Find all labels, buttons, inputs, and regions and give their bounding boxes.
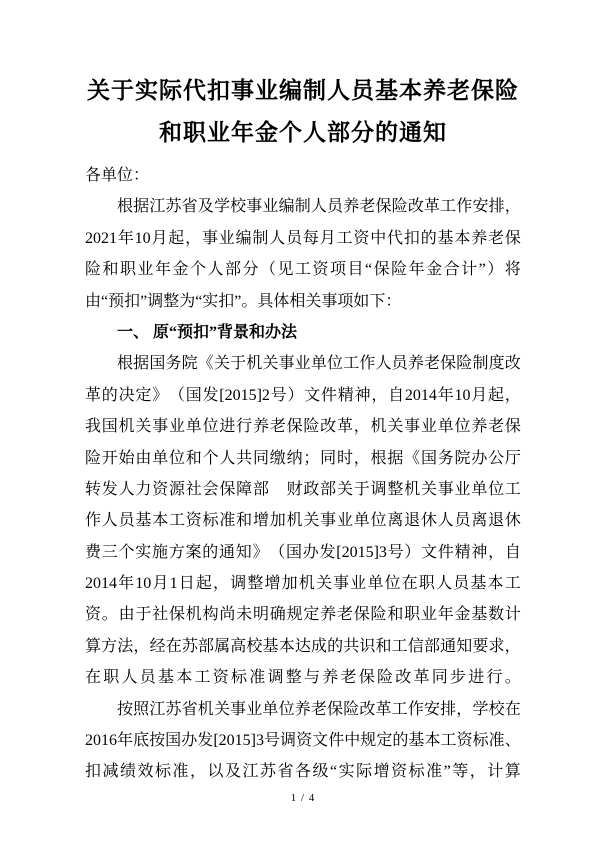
body-line: 按照江苏省机关事业单位养老保险改革工作安排，学校在 — [85, 694, 521, 725]
section-heading-1: 一、 原“预扣”背景和办法 — [85, 317, 521, 348]
body-line: 转发人力资源社会保障部 财政部关于调整机关事业单位工 — [85, 474, 521, 505]
body-line: 险开始由单位和个人共同缴纳；同时，根据《国务院办公厅 — [85, 443, 521, 474]
body-line: 我国机关事业单位进行养老保险改革，机关事业单位养老保 — [85, 411, 521, 442]
body-line: 根据国务院《关于机关事业单位工作人员养老保险制度改 — [85, 348, 521, 379]
body-line: 算方法，经在苏部属高校基本达成的共识和工信部通知要求， — [85, 631, 521, 662]
body-line: 革的决定》（国发[2015]2号）文件精神，自2014年10月起， — [85, 380, 521, 411]
body-line: 扣减绩效标准，以及江苏省各级“实际增资标准”等，计算 — [85, 756, 521, 787]
body-line: 由“预扣”调整为“实扣”。具体相关事项如下： — [85, 286, 521, 317]
document-title-line-2: 和职业年金个人部分的通知 — [85, 112, 521, 154]
body-line: 费三个实施方案的通知》（国办发[2015]3号）文件精神，自 — [85, 537, 521, 568]
body-line: 2016年底按国办发[2015]3号调资文件中规定的基本工资标准、 — [85, 725, 521, 756]
body-line: 2014年10月1日起，调整增加机关事业单位在职人员基本工 — [85, 568, 521, 599]
body-line: 资。由于社保机构尚未明确规定养老保险和职业年金基数计 — [85, 599, 521, 630]
body-line: 根据江苏省及学校事业编制人员养老保险改革工作安排， — [85, 191, 521, 222]
body-line: 作人员基本工资标准和增加机关事业单位离退休人员离退休 — [85, 505, 521, 536]
document-page: 关于实际代扣事业编制人员基本养老保险 和职业年金个人部分的通知 各单位： 根据江… — [0, 0, 606, 859]
document-title-line-1: 关于实际代扣事业编制人员基本养老保险 — [85, 70, 521, 112]
body-line: 险和职业年金个人部分（见工资项目“保险年金合计”）将 — [85, 254, 521, 285]
page-number: 1 / 4 — [85, 791, 521, 805]
salutation: 各单位： — [85, 160, 521, 191]
body-line: 在职人员基本工资标准调整与养老保险改革同步进行。 — [85, 662, 521, 693]
body-line: 2021年10月起，事业编制人员每月工资中代扣的基本养老保 — [85, 223, 521, 254]
